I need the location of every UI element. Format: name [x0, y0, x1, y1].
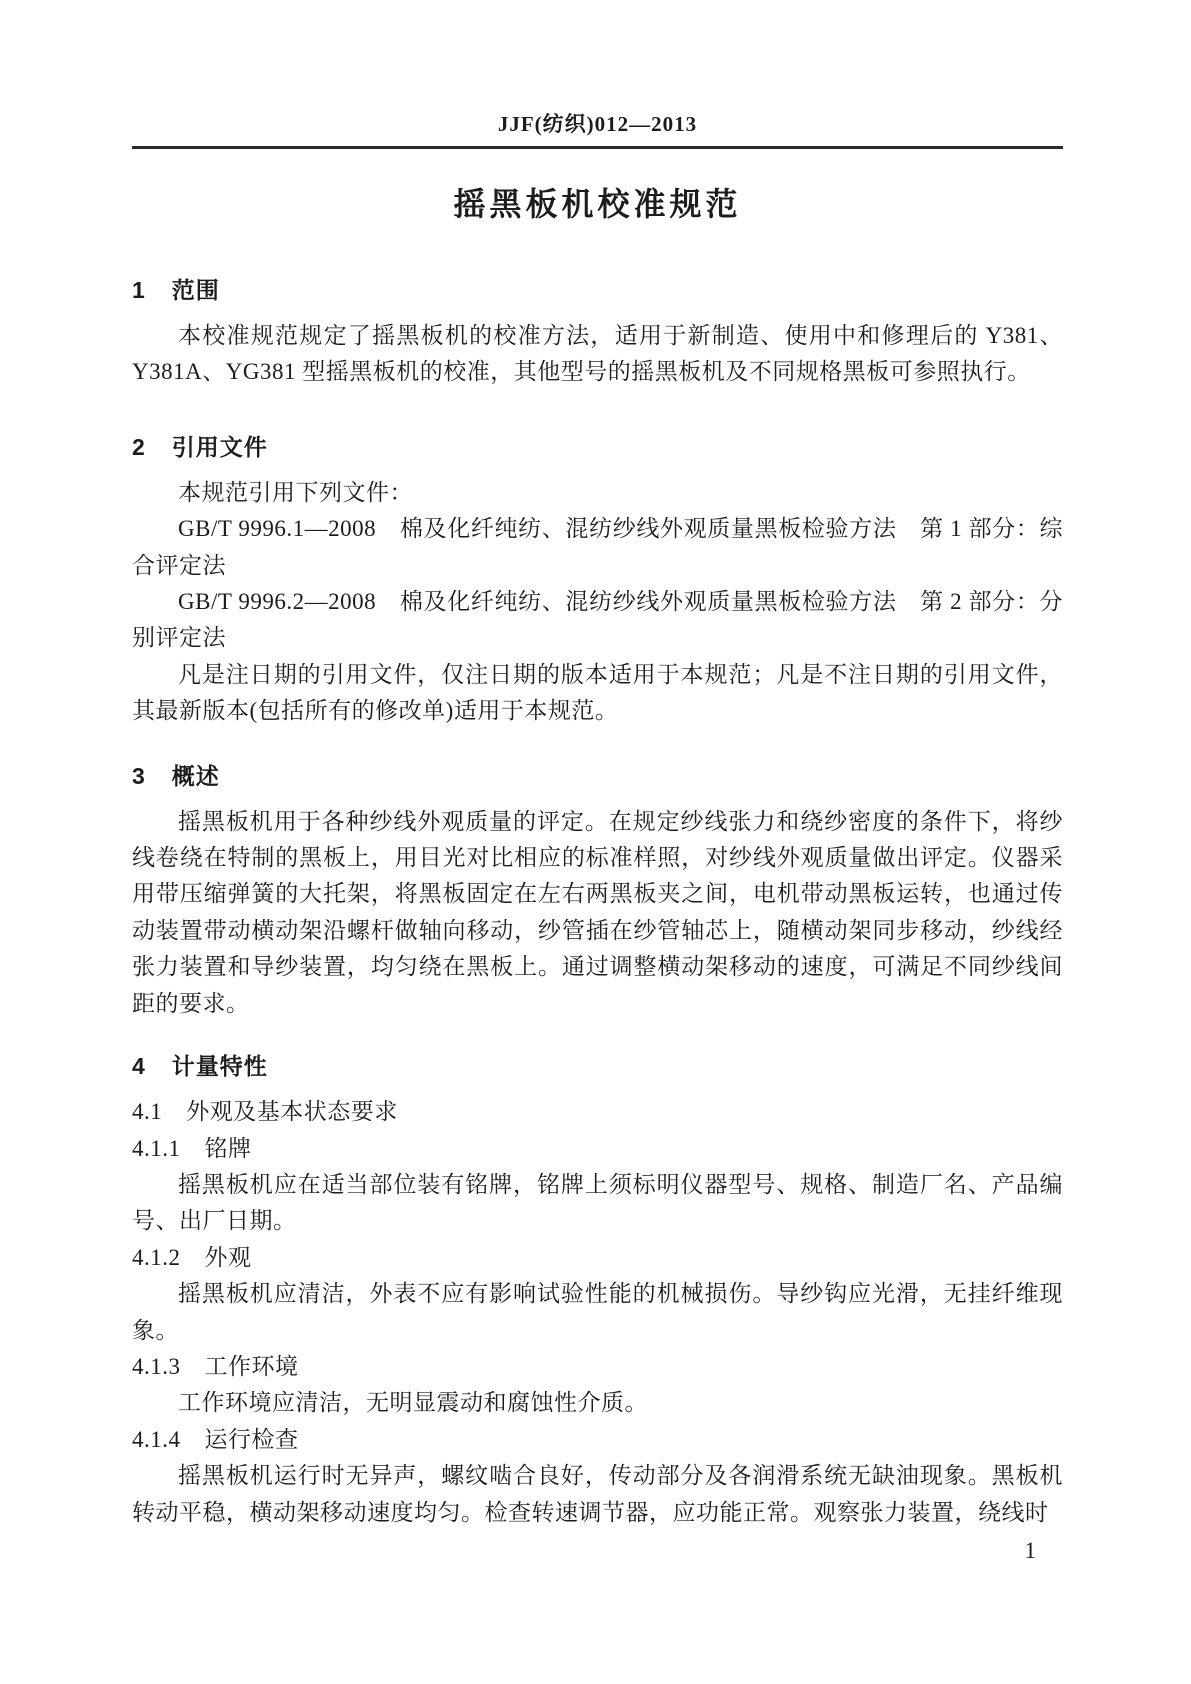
subsection-4-1-1-title: 铭牌 — [205, 1136, 252, 1161]
subsection-4-1-2-paragraph: 摇黑板机应清洁，外表不应有影响试验性能的机械损伤。导纱钩应光滑，无挂纤维现象。 — [132, 1276, 1063, 1349]
subsection-4-1-1-number: 4.1.1 — [132, 1131, 181, 1167]
header-rule — [132, 146, 1063, 149]
section-2-reference-2: GB/T 9996.2—2008 棉及化纤纯纺、混纺纱线外观质量黑板检验方法 第… — [132, 584, 1063, 657]
section-3-title: 概述 — [172, 763, 220, 789]
section-2-title: 引用文件 — [172, 434, 268, 460]
section-3-paragraph: 摇黑板机用于各种纱线外观质量的评定。在规定纱线张力和绕纱密度的条件下，将纱线卷绕… — [132, 804, 1063, 1022]
subsection-4-1-1-heading: 4.1.1铭牌 — [132, 1131, 1063, 1167]
subsection-4-1-3-title: 工作环境 — [205, 1354, 299, 1379]
document-code: JJF(纺织)012—2013 — [132, 111, 1063, 137]
document-page: JJF(纺织)012—2013 摇黑板机校准规范 1范围 本校准规范规定了摇黑板… — [0, 0, 1191, 1684]
section-3-heading: 3概述 — [132, 760, 1063, 792]
section-2-number: 2 — [132, 431, 146, 463]
subsection-4-1-2-title: 外观 — [205, 1245, 252, 1270]
page-number: 1 — [1025, 1536, 1037, 1566]
subsection-4-1-4-title: 运行检查 — [205, 1427, 299, 1452]
subsection-4-1-3-number: 4.1.3 — [132, 1349, 181, 1385]
section-2-reference-1: GB/T 9996.1—2008 棉及化纤纯纺、混纺纱线外观质量黑板检验方法 第… — [132, 511, 1063, 584]
subsection-4-1-4-paragraph: 摇黑板机运行时无异声，螺纹啮合良好，传动部分及各润滑系统无缺油现象。黑板机转动平… — [132, 1458, 1063, 1531]
section-4-heading: 4计量特性 — [132, 1050, 1063, 1082]
subsection-4-1-4-number: 4.1.4 — [132, 1422, 181, 1458]
subsection-4-1-4-heading: 4.1.4运行检查 — [132, 1422, 1063, 1458]
subsection-4-1-number: 4.1 — [132, 1094, 162, 1130]
subsection-4-1-title: 外观及基本状态要求 — [186, 1099, 398, 1124]
subsection-4-1-3-heading: 4.1.3工作环境 — [132, 1349, 1063, 1385]
subsection-4-1-2-number: 4.1.2 — [132, 1240, 181, 1276]
section-1-paragraph: 本校准规范规定了摇黑板机的校准方法，适用于新制造、使用中和修理后的 Y381、Y… — [132, 318, 1063, 391]
section-4-number: 4 — [132, 1050, 146, 1082]
subsection-4-1-2-heading: 4.1.2外观 — [132, 1240, 1063, 1276]
section-3-number: 3 — [132, 760, 146, 792]
section-1-heading: 1范围 — [132, 274, 1063, 306]
section-1-number: 1 — [132, 274, 146, 306]
subsection-4-1-3-paragraph: 工作环境应清洁，无明显震动和腐蚀性介质。 — [132, 1385, 1063, 1421]
subsection-4-1-1-paragraph: 摇黑板机应在适当部位装有铭牌，铭牌上须标明仪器型号、规格、制造厂名、产品编号、出… — [132, 1167, 1063, 1240]
section-4-title: 计量特性 — [172, 1053, 268, 1079]
section-2-heading: 2引用文件 — [132, 431, 1063, 463]
section-2-dated-note: 凡是注日期的引用文件，仅注日期的版本适用于本规范；凡是不注日期的引用文件，其最新… — [132, 657, 1063, 730]
subsection-4-1-heading: 4.1外观及基本状态要求 — [132, 1094, 1063, 1130]
section-1-title: 范围 — [172, 277, 220, 303]
section-2-intro: 本规范引用下列文件： — [132, 475, 1063, 511]
document-title: 摇黑板机校准规范 — [132, 182, 1063, 226]
document-content: JJF(纺织)012—2013 摇黑板机校准规范 1范围 本校准规范规定了摇黑板… — [132, 0, 1063, 1531]
